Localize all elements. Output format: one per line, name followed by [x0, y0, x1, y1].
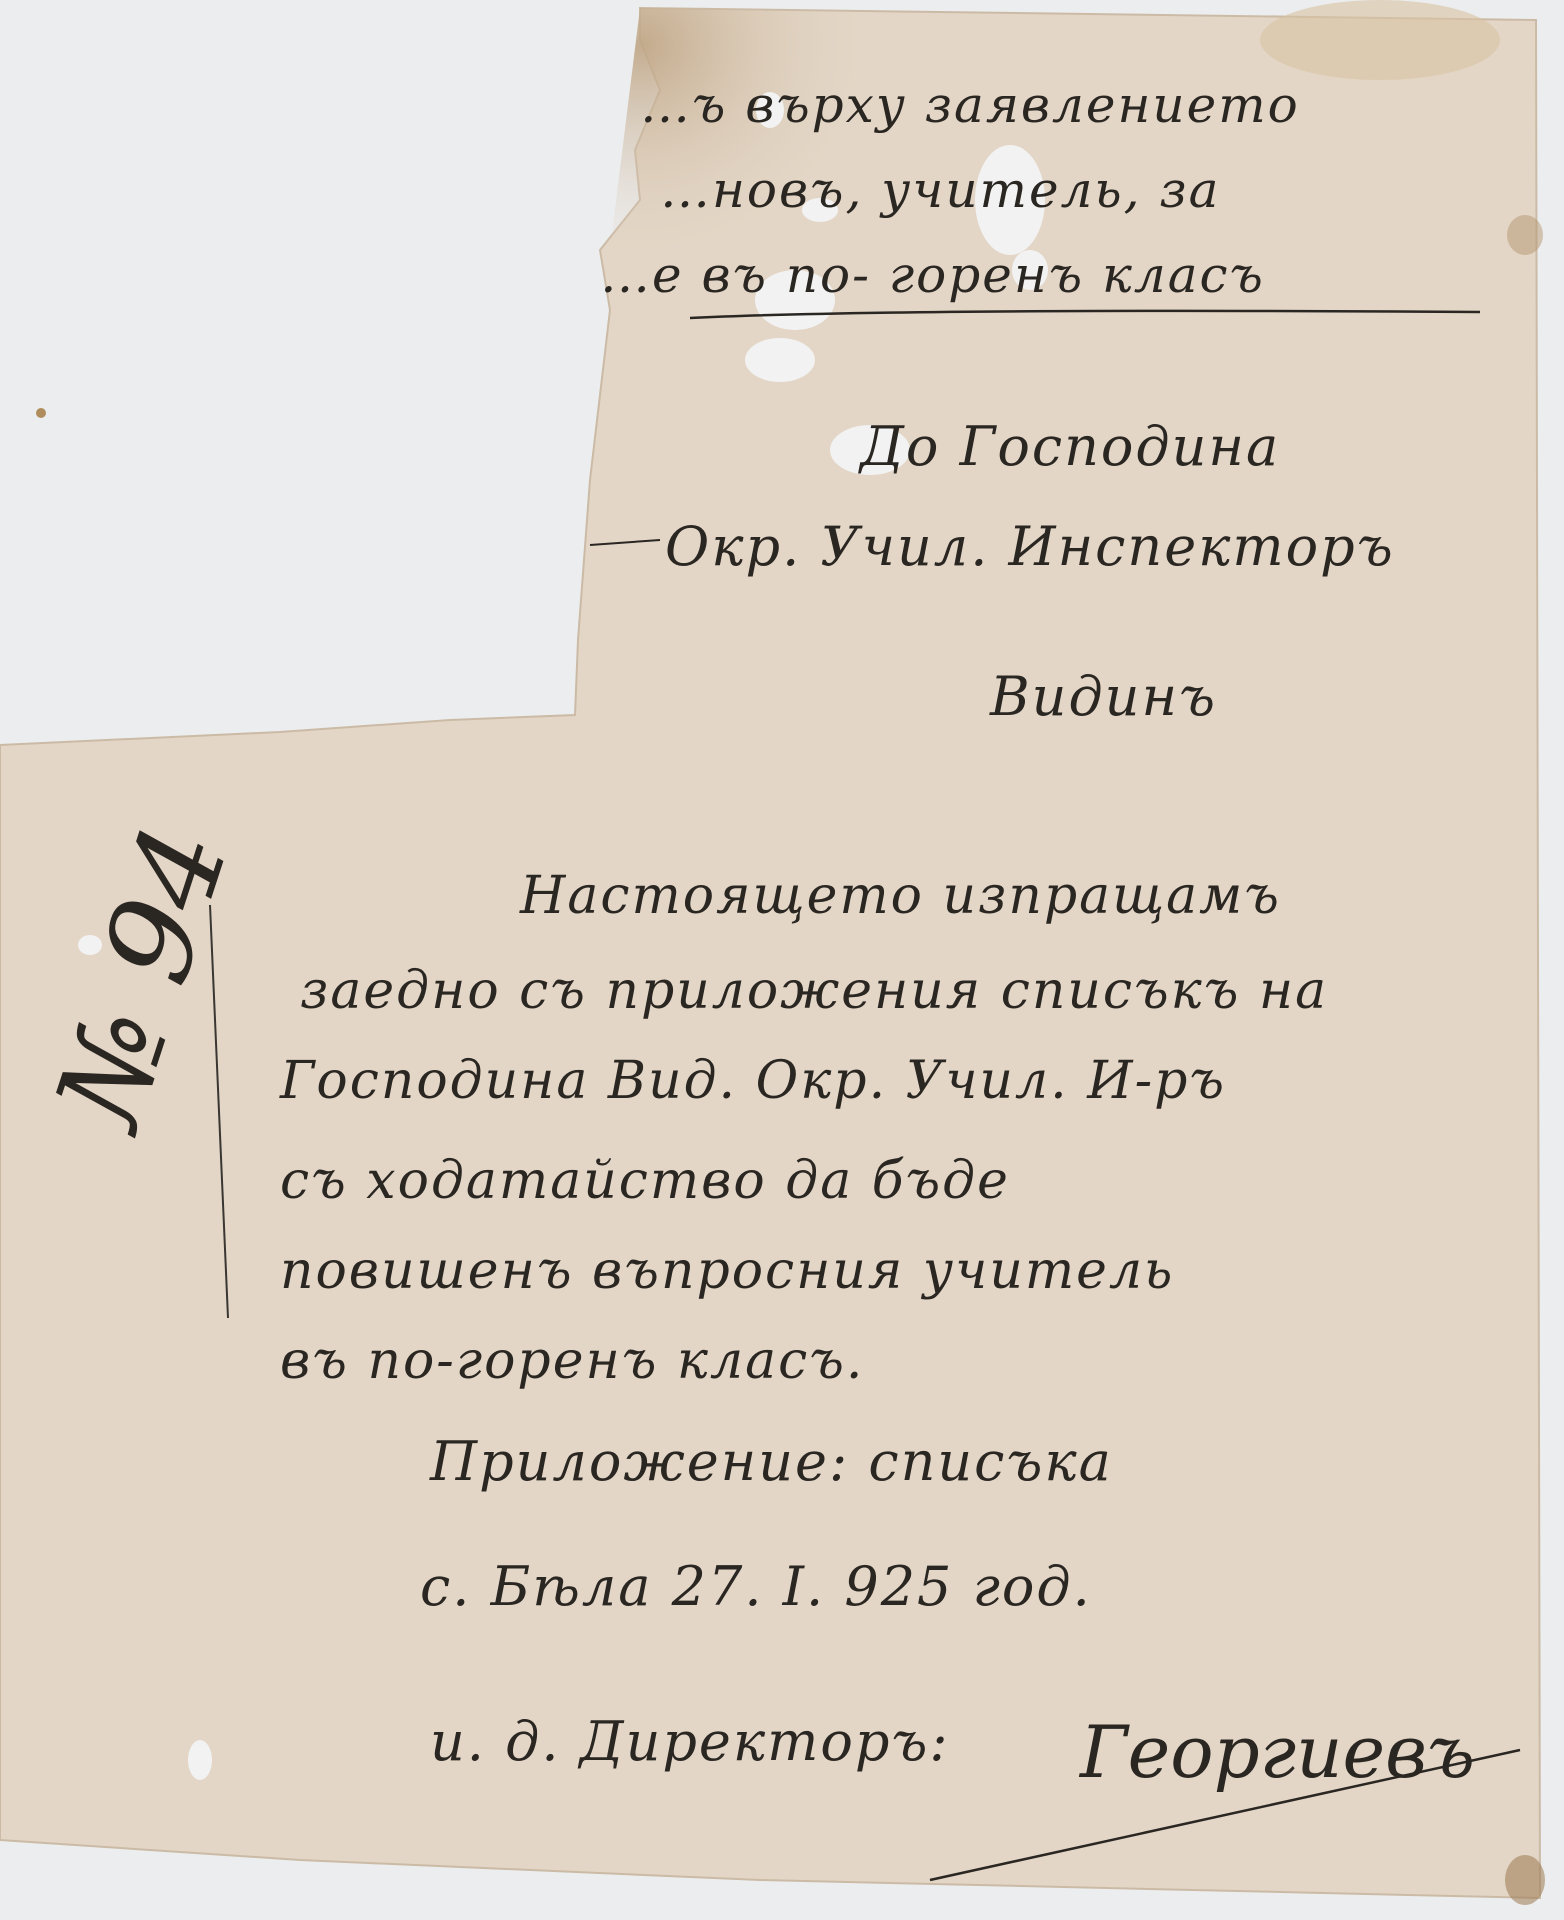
attachment-note: Приложение: списъка: [430, 1435, 1113, 1489]
signature-label: и. д. Директоръ:: [430, 1715, 950, 1769]
place-date: с. Бѣла 27. I. 925 год.: [420, 1560, 1092, 1614]
addressee-city: Видинъ: [990, 670, 1217, 724]
body-line-4: съ ходатайство да бъде: [280, 1155, 1010, 1207]
addressee-line-1: До Господина: [860, 420, 1280, 474]
body-line-2: заедно съ приложения списъкъ на: [300, 965, 1328, 1017]
director-signature: Георгиевъ: [1080, 1710, 1475, 1794]
fragment-line-1: …ъ върху заявлението: [640, 80, 1300, 130]
body-line-6: въ по-горенъ класъ.: [280, 1335, 864, 1387]
addressee-line-2: Окр. Учил. Инспекторъ: [665, 520, 1395, 574]
fragment-line-2: …новъ, учитель, за: [660, 165, 1221, 215]
fragment-line-3: …е въ по- горенъ класъ: [600, 250, 1265, 300]
body-line-3: Господина Вид. Окр. Учил. И-ръ: [280, 1055, 1226, 1107]
body-line-1: Настоящето изпращамъ: [520, 870, 1281, 922]
dirt-speck: [36, 408, 46, 418]
body-line-5: повишенъ въпросния учитель: [280, 1245, 1174, 1297]
